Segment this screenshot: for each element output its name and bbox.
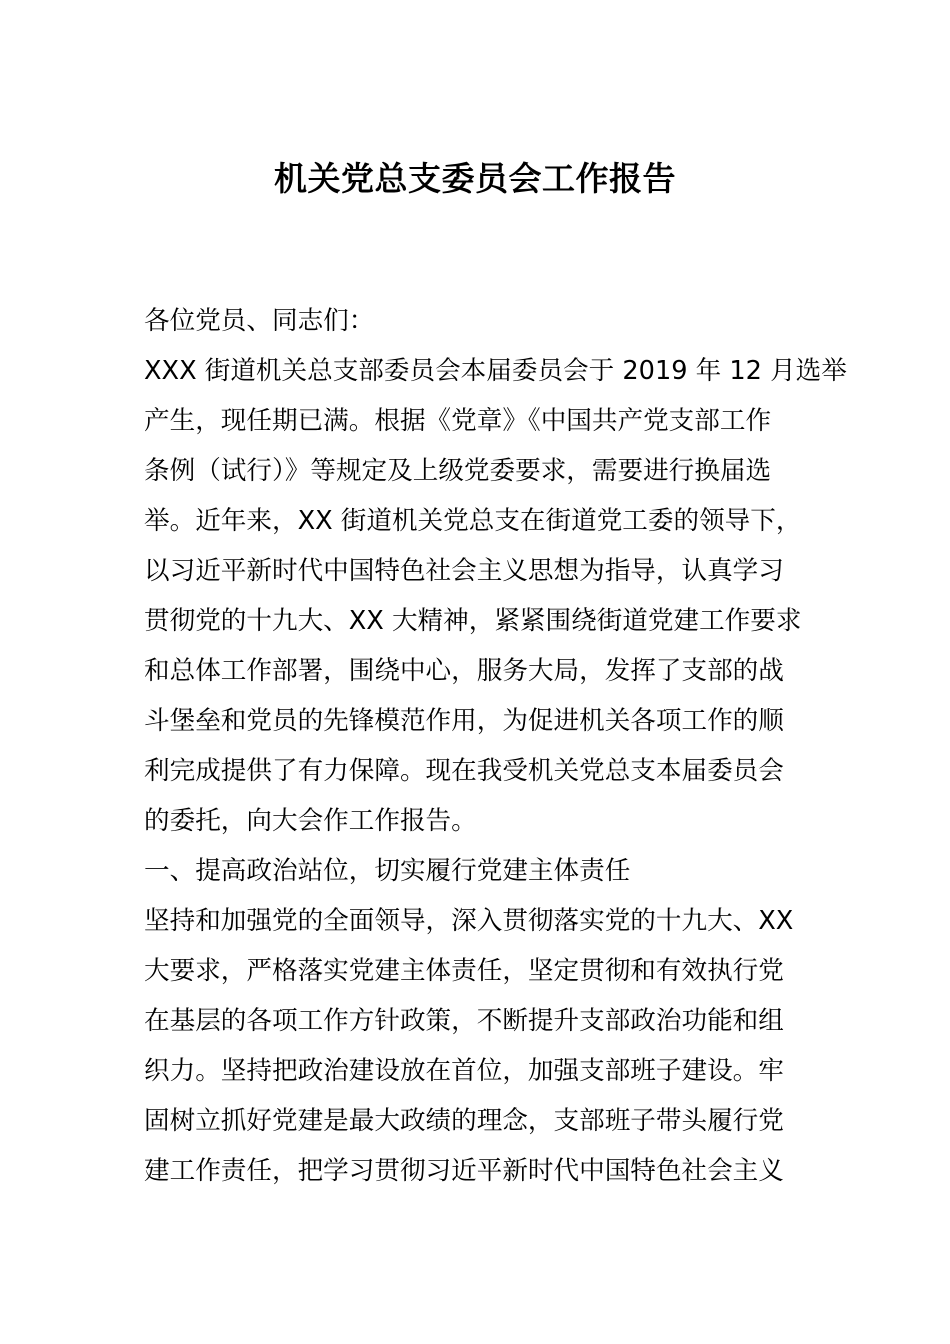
- body-line: 织力。坚持把政治建设放在首位，加强支部班子建设。牢: [144, 1046, 808, 1096]
- document-title: 机关党总支委员会工作报告: [0, 154, 950, 204]
- body-line: 的委托，向大会作工作报告。: [144, 796, 808, 846]
- body-line: 在基层的各项工作方针政策，不断提升支部政治功能和组: [144, 996, 808, 1046]
- section-heading: 一、提高政治站位，切实履行党建主体责任: [144, 846, 808, 896]
- body-line: 条例（试行）》等规定及上级党委要求，需要进行换届选: [144, 446, 808, 496]
- body-line: 固树立抓好党建是最大政绩的理念，支部班子带头履行党: [144, 1096, 808, 1146]
- body-line: XXX 街道机关总支部委员会本届委员会于 2019 年 12 月选举: [144, 346, 808, 396]
- body-line: 和总体工作部署，围绕中心，服务大局，发挥了支部的战: [144, 646, 808, 696]
- document-body: 各位党员、同志们： XXX 街道机关总支部委员会本届委员会于 2019 年 12…: [144, 296, 808, 1196]
- body-line: 举。近年来，XX 街道机关党总支在街道党工委的领导下，: [144, 496, 808, 546]
- body-line: 斗堡垒和党员的先锋模范作用，为促进机关各项工作的顺: [144, 696, 808, 746]
- body-line: 产生，现任期已满。根据《党章》《中国共产党支部工作: [144, 396, 808, 446]
- body-line: 大要求，严格落实党建主体责任，坚定贯彻和有效执行党: [144, 946, 808, 996]
- body-line: 以习近平新时代中国特色社会主义思想为指导，认真学习: [144, 546, 808, 596]
- body-line: 贯彻党的十九大、XX 大精神，紧紧围绕街道党建工作要求: [144, 596, 808, 646]
- body-line: 建工作责任，把学习贯彻习近平新时代中国特色社会主义: [144, 1146, 808, 1196]
- body-line: 坚持和加强党的全面领导，深入贯彻落实党的十九大、XX: [144, 896, 808, 946]
- document-page: 机关党总支委员会工作报告 各位党员、同志们： XXX 街道机关总支部委员会本届委…: [0, 0, 950, 1344]
- salutation: 各位党员、同志们：: [144, 296, 808, 346]
- body-line: 利完成提供了有力保障。现在我受机关党总支本届委员会: [144, 746, 808, 796]
